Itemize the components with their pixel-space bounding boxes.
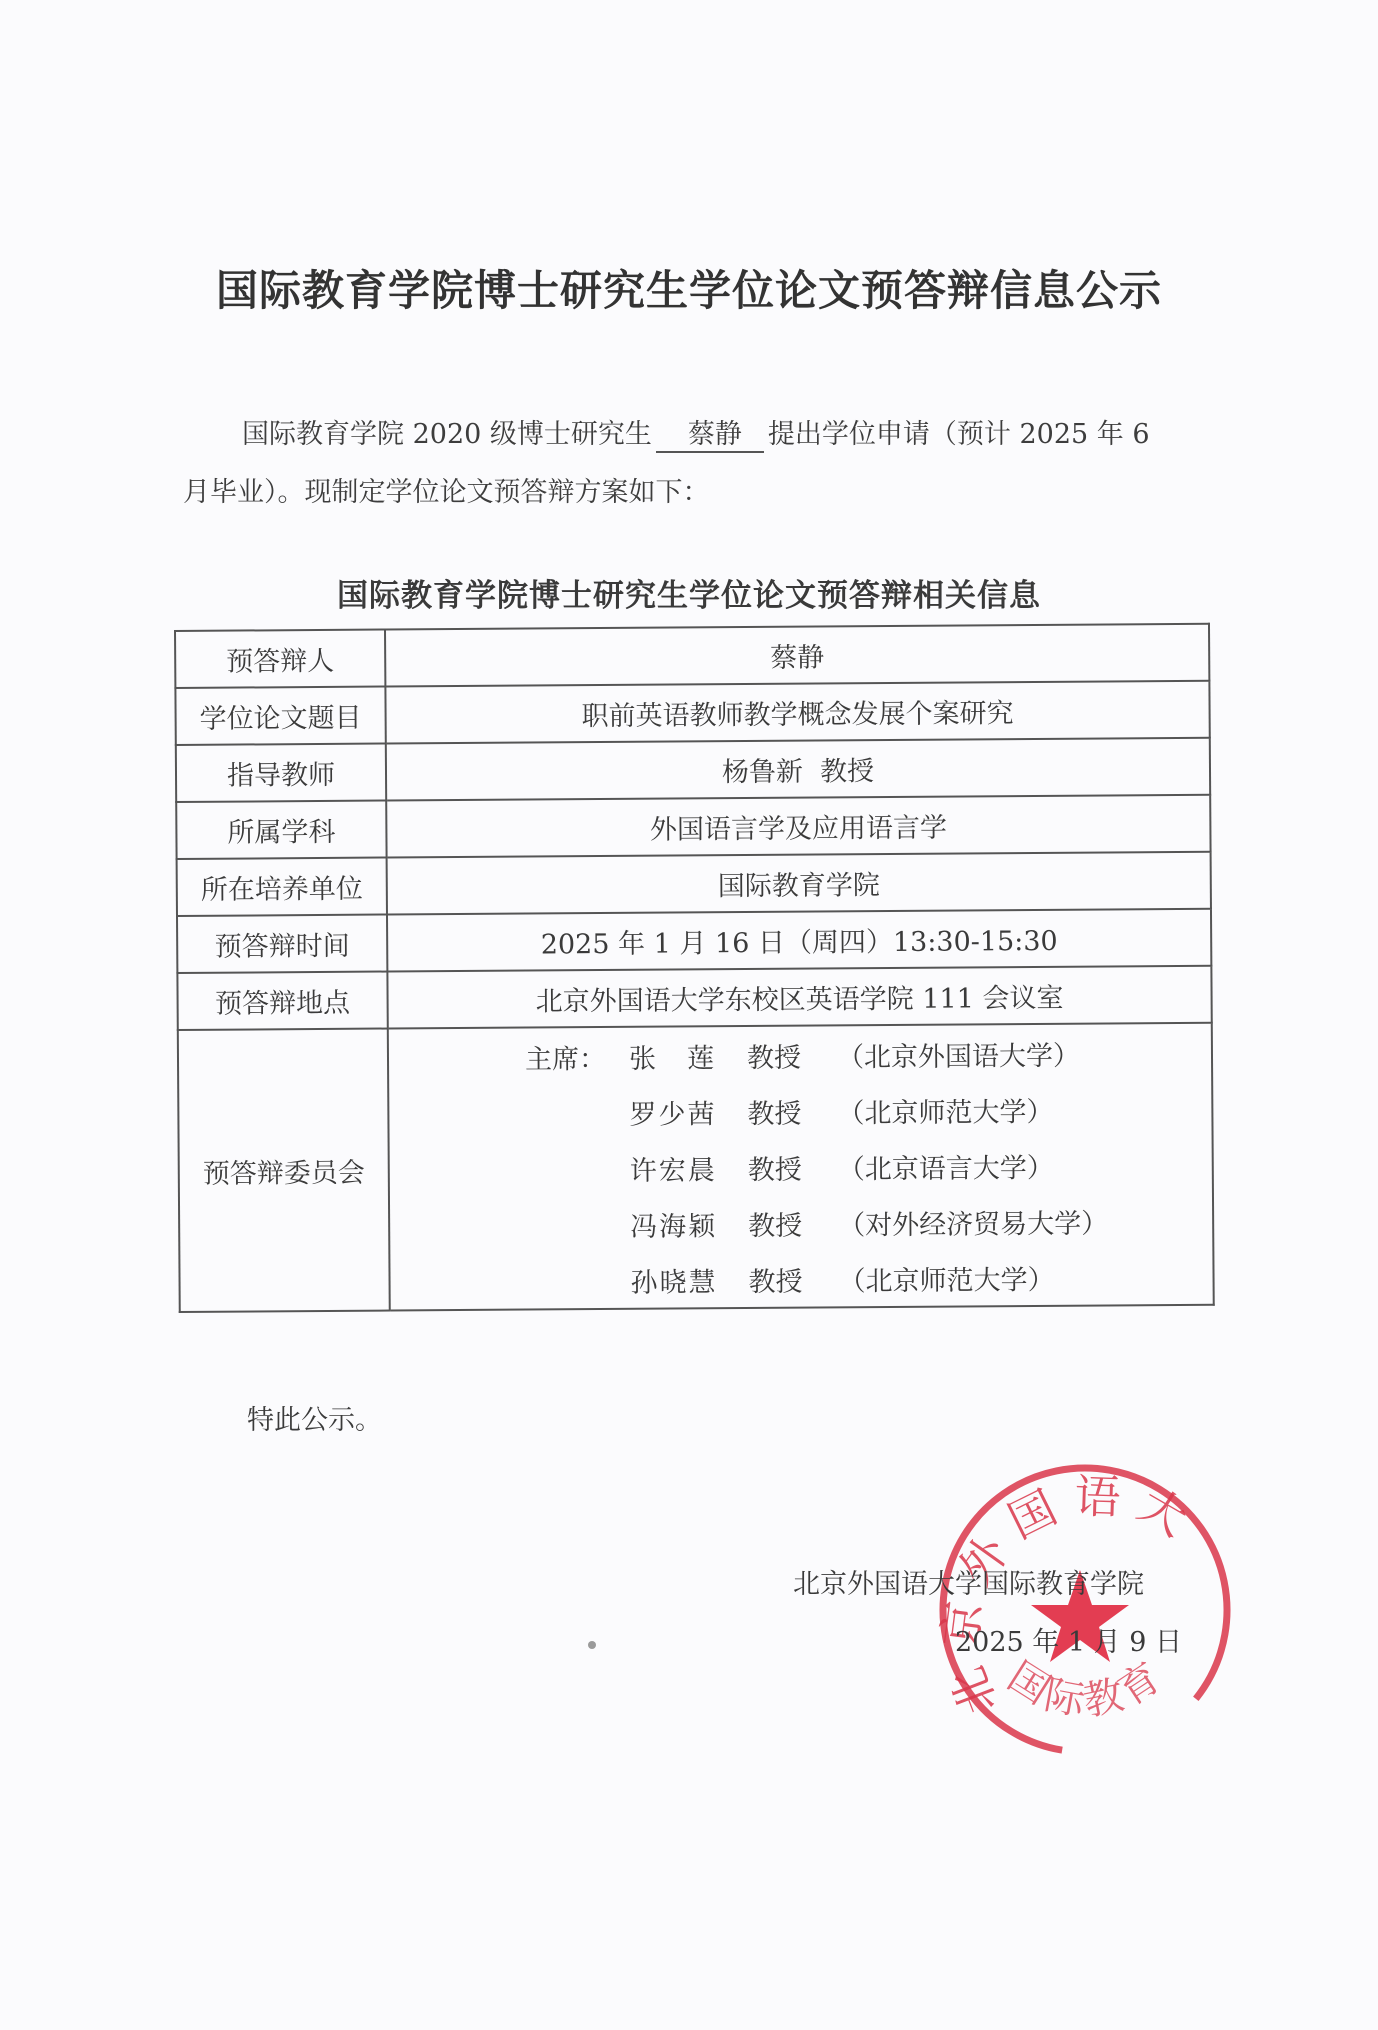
row-value: 蔡静 [385,624,1209,687]
document-title: 国际教育学院博士研究生学位论文预答辩信息公示 [0,258,1378,318]
committee-members: 主席： 张 莲 教授 （北京外国语大学） 罗少茜 教授 （北京师范大学） 许宏晨… [388,1023,1214,1311]
committee-member: 许宏晨 教授 （北京语言大学） [390,1136,1212,1198]
member-role [525,1112,629,1113]
committee-member: 孙晓慧 教授 （北京师范大学） [390,1248,1212,1310]
closing-statement: 特此公示。 [247,1398,382,1437]
member-affiliation: （北京师范大学） [837,1089,1053,1130]
official-seal-stamp-icon: 北京外国语大学 国际教育学院 [930,1455,1240,1765]
intro-prefix: 国际教育学院 2020 级博士研究生 [242,419,652,450]
row-label: 预答辩时间 [177,915,387,973]
table-row-training-unit: 所在培养单位 国际教育学院 [177,852,1211,916]
member-role [526,1168,630,1169]
row-label: 学位论文题目 [175,687,385,745]
member-title: 教授 [747,1035,837,1075]
table-title: 国际教育学院博士研究生学位论文预答辩相关信息 [0,570,1378,615]
member-affiliation: （北京师范大学） [838,1257,1054,1298]
member-role [527,1280,631,1281]
table-row-defense-location: 预答辩地点 北京外国语大学东校区英语学院 111 会议室 [177,966,1211,1030]
table-row-discipline: 所属学科 外国语言学及应用语言学 [176,795,1210,859]
row-value: 职前英语教师教学概念发展个案研究 [385,681,1209,744]
member-affiliation: （北京外国语大学） [837,1033,1080,1074]
table-row-committee: 预答辩委员会 主席： 张 莲 教授 （北京外国语大学） 罗少茜 教授 （北京师范… [178,1023,1214,1312]
member-title: 教授 [748,1203,838,1243]
row-value: 外国语言学及应用语言学 [386,795,1210,858]
intro-paragraph-line2: 月毕业）。现制定学位论文预答辩方案如下： [183,470,710,509]
committee-member: 主席： 张 莲 教授 （北京外国语大学） [389,1024,1211,1086]
row-label: 所在培养单位 [177,858,387,916]
member-affiliation: （北京语言大学） [838,1145,1054,1186]
intro-paragraph-line1: 国际教育学院 2020 级博士研究生蔡静提出学位申请（预计 2025 年 6 [242,412,1150,453]
row-value: 北京外国语大学东校区英语学院 111 会议室 [387,966,1211,1029]
row-value: 国际教育学院 [387,852,1211,915]
member-name: 许宏晨 [630,1148,748,1188]
member-title: 教授 [747,1091,837,1131]
row-label: 预答辩人 [175,630,385,688]
table-row-thesis-title: 学位论文题目 职前英语教师教学概念发展个案研究 [175,681,1209,745]
signature-organization: 北京外国语大学国际教育学院 [793,1562,1144,1601]
committee-label: 预答辩委员会 [178,1029,390,1312]
committee-member: 罗少茜 教授 （北京师范大学） [389,1080,1211,1142]
member-name: 张 莲 [629,1036,747,1076]
member-name: 罗少茜 [629,1092,747,1132]
member-name: 冯海颖 [630,1204,748,1244]
row-value: 2025 年 1 月 16 日（周四）13:30-15:30 [387,909,1211,972]
row-label: 预答辩地点 [177,972,387,1030]
defense-info-table: 预答辩人 蔡静 学位论文题目 职前英语教师教学概念发展个案研究 指导教师 杨鲁新… [174,623,1215,1313]
student-name-underlined: 蔡静 [656,412,764,453]
committee-member: 冯海颖 教授 （对外经济贸易大学） [390,1192,1212,1254]
table-row-defender: 预答辩人 蔡静 [175,624,1209,688]
signature-date: 2025 年 1 月 9 日 [955,1620,1182,1659]
member-role [526,1224,630,1225]
member-title: 教授 [748,1259,838,1299]
row-value: 杨鲁新 教授 [386,738,1210,801]
intro-suffix: 提出学位申请（预计 2025 年 6 [768,419,1150,450]
member-affiliation: （对外经济贸易大学） [838,1201,1108,1242]
table-row-defense-time: 预答辩时间 2025 年 1 月 16 日（周四）13:30-15:30 [177,909,1211,973]
row-label: 指导教师 [176,744,386,802]
speck-mark [588,1641,596,1649]
member-name: 孙晓慧 [630,1260,748,1300]
member-title: 教授 [748,1147,838,1187]
row-label: 所属学科 [176,801,386,859]
table-row-supervisor: 指导教师 杨鲁新 教授 [176,738,1210,802]
member-role: 主席： [525,1036,629,1076]
